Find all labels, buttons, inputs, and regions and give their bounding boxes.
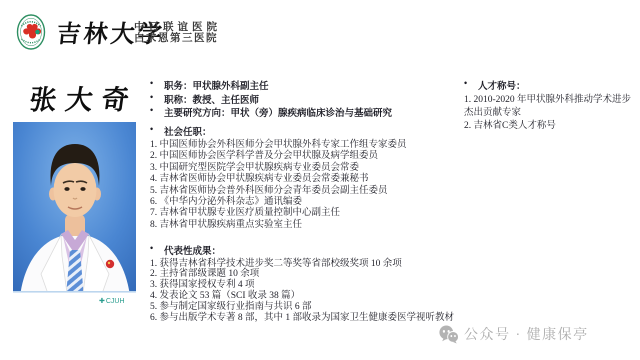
profile-slide: 吉林大学 中日联谊医院 白求恩第三医院 张大奇 [0, 0, 640, 360]
bullet-icon: • [150, 78, 164, 88]
list-item: 3. 获得国家授权专利 4 项 [150, 280, 454, 291]
doctor-portrait-photo: ✚CJUH [13, 122, 136, 308]
list-item: 4. 发表论文 53 篇（SCI 收录 38 篇） [150, 291, 454, 302]
achievements-list: 1. 获得吉林省科学技术进步奖二等奖等省部校级奖项 10 余项 2. 主持省部级… [150, 259, 454, 324]
talent-titles-title: 人才称号： [478, 78, 526, 92]
list-item: 1. 中国医师协会外科医师分会甲状腺外科专家工作组专家委员 [150, 140, 407, 151]
position-line: 职务：甲状腺外科副主任 [164, 78, 269, 92]
list-item: 3. 中国研究型医院学会甲状腺疾病专业委员会常委 [150, 163, 407, 174]
section-header: • 社会任职： [150, 124, 407, 138]
hospital-emblem-icon [16, 13, 46, 51]
footer: 公众号 · 健康保亭 [438, 324, 589, 344]
list-item: 6. 《中华内分泌外科杂志》通讯编委 [150, 197, 407, 208]
list-item: 5. 吉林省医师协会普外科医师分会青年委员会副主任委员 [150, 186, 407, 197]
bullet-icon: • [150, 105, 164, 115]
basic-info-row: • 职称：教授、主任医师 [150, 92, 392, 106]
section-header: • 代表性成果： [150, 243, 454, 257]
list-item: 2. 主持省部级课题 10 余项 [150, 269, 454, 280]
title-line: 职称：教授、主任医师 [164, 92, 259, 106]
list-item: 8. 吉林省甲状腺疾病重点实验室主任 [150, 220, 407, 231]
achievements-title: 代表性成果： [164, 243, 221, 257]
bullet-icon: • [150, 92, 164, 102]
list-item: 2. 吉林省C类人才称号 [464, 120, 636, 133]
bullet-icon: • [464, 78, 478, 88]
wechat-icon [438, 325, 460, 344]
section-header: • 人才称号： [464, 78, 636, 92]
hospital-name: 中日联谊医院 白求恩第三医院 [134, 22, 221, 44]
doctor-name: 张大奇 [27, 78, 140, 117]
photo-hospital-logo-text: ✚CJUH [99, 297, 125, 305]
talent-titles-list: 1. 2010-2020 年甲状腺外科推动学术进步杰出贡献专家 2. 吉林省C类… [464, 94, 636, 133]
list-item: 4. 吉林省医师协会甲状腺疾病专业委员会常委兼秘书 [150, 174, 407, 185]
basic-info-row: • 主要研究方向：甲状（旁）腺疾病临床诊治与基础研究 [150, 105, 392, 119]
bullet-icon: • [150, 243, 164, 253]
social-positions-list: 1. 中国医师协会外科医师分会甲状腺外科专家工作组专家委员 2. 中国医师协会医… [150, 140, 407, 231]
social-positions-section: • 社会任职： 1. 中国医师协会外科医师分会甲状腺外科专家工作组专家委员 2.… [150, 124, 407, 231]
list-item: 2. 中国医师协会医学科学普及分会甲状腺及病学组委员 [150, 151, 407, 162]
research-direction-line: 主要研究方向：甲状（旁）腺疾病临床诊治与基础研究 [164, 105, 392, 119]
basic-info-row: • 职务：甲状腺外科副主任 [150, 78, 392, 92]
achievements-section: • 代表性成果： 1. 获得吉林省科学技术进步奖二等奖等省部校级奖项 10 余项… [150, 243, 454, 324]
social-positions-title: 社会任职： [164, 124, 212, 138]
wechat-account-label: 公众号 · 健康保亭 [464, 324, 589, 344]
talent-titles-section: • 人才称号： 1. 2010-2020 年甲状腺外科推动学术进步杰出贡献专家 … [464, 78, 636, 133]
list-item: 1. 获得吉林省科学技术进步奖二等奖等省部校级奖项 10 余项 [150, 259, 454, 270]
hospital-name-line2: 白求恩第三医院 [134, 33, 221, 44]
list-item: 7. 吉林省甲状腺专业医疗质量控制中心副主任 [150, 208, 407, 219]
list-item: 1. 2010-2020 年甲状腺外科推动学术进步杰出贡献专家 [464, 94, 636, 120]
list-item: 5. 参与制定国家级行业指南与共识 6 部 [150, 302, 454, 313]
basic-info-section: • 职务：甲状腺外科副主任 • 职称：教授、主任医师 • 主要研究方向：甲状（旁… [150, 78, 392, 119]
list-item: 6. 参与出版学术专著 8 部，其中 1 部收录为国家卫生健康委医学视听教材 [150, 313, 454, 324]
hospital-name-line1: 中日联谊医院 [134, 22, 221, 33]
bullet-icon: • [150, 124, 164, 134]
